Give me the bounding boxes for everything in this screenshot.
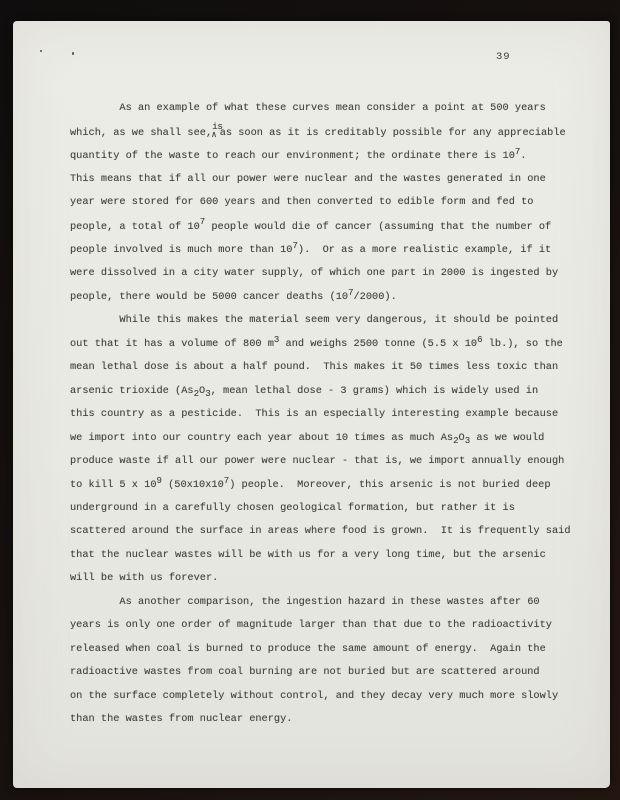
- page-number: 39: [496, 51, 511, 63]
- subscript: 3: [465, 435, 470, 446]
- text-line: people involved is much more than 107). …: [70, 238, 586, 262]
- text-line: produce waste if all our power were nucl…: [70, 450, 586, 474]
- superscript: 6: [477, 334, 482, 345]
- text-line: arsenic trioxide (As2O3, mean lethal dos…: [70, 379, 586, 403]
- text-line: mean lethal dose is about a half pound. …: [70, 356, 586, 380]
- subscript: 2: [194, 388, 199, 399]
- superscript: 7: [515, 146, 520, 157]
- superscript: 7: [200, 216, 205, 227]
- text-line: we import into our country each year abo…: [70, 426, 586, 450]
- text-line: which, as we shall see,is∧as soon as it …: [70, 121, 586, 145]
- text-line: out that it has a volume of 800 m3 and w…: [70, 332, 586, 356]
- paper-speck: [72, 52, 74, 55]
- text-line: people, there would be 5000 cancer death…: [70, 285, 586, 309]
- paragraph: While this makes the material seem very …: [70, 309, 586, 591]
- text-line: underground in a carefully chosen geolog…: [70, 497, 586, 521]
- text-line: released when coal is burned to produce …: [70, 638, 586, 662]
- superscript: 9: [157, 475, 162, 486]
- text-line: to kill 5 x 109 (50x10x107) people. More…: [70, 473, 586, 497]
- text-line: This means that if all our power were nu…: [70, 168, 586, 192]
- text-line: this country as a pesticide. This is an …: [70, 403, 586, 427]
- superscript: 7: [292, 240, 297, 251]
- text-line: will be with us forever.: [70, 567, 586, 591]
- document-body: As an example of what these curves mean …: [70, 97, 586, 732]
- superscript: 3: [274, 334, 279, 345]
- text-line: on the surface completely without contro…: [70, 685, 586, 709]
- subscript: 2: [453, 435, 458, 446]
- text-line: than the wastes from nuclear energy.: [70, 708, 586, 732]
- text-line: As an example of what these curves mean …: [70, 97, 586, 121]
- paragraph: As an example of what these curves mean …: [70, 97, 586, 309]
- text-line: scattered around the surface in areas wh…: [70, 520, 586, 544]
- text-line: years is only one order of magnitude lar…: [70, 614, 586, 638]
- superscript: 7: [224, 475, 229, 486]
- subscript: 3: [205, 388, 210, 399]
- text-line: were dissolved in a city water supply, o…: [70, 262, 586, 286]
- paper-speck: [40, 50, 42, 52]
- document-page: 39 As an example of what these curves me…: [13, 21, 610, 788]
- superscript: 7: [348, 287, 353, 298]
- paragraph: As another comparison, the ingestion haz…: [70, 591, 586, 732]
- text-line: As another comparison, the ingestion haz…: [70, 591, 586, 615]
- text-line: quantity of the waste to reach our envir…: [70, 144, 586, 168]
- text-line: year were stored for 600 years and then …: [70, 191, 586, 215]
- text-line: that the nuclear wastes will be with us …: [70, 544, 586, 568]
- text-line: While this makes the material seem very …: [70, 309, 586, 333]
- text-line: people, a total of 107 people would die …: [70, 215, 586, 239]
- text-line: radioactive wastes from coal burning are…: [70, 661, 586, 685]
